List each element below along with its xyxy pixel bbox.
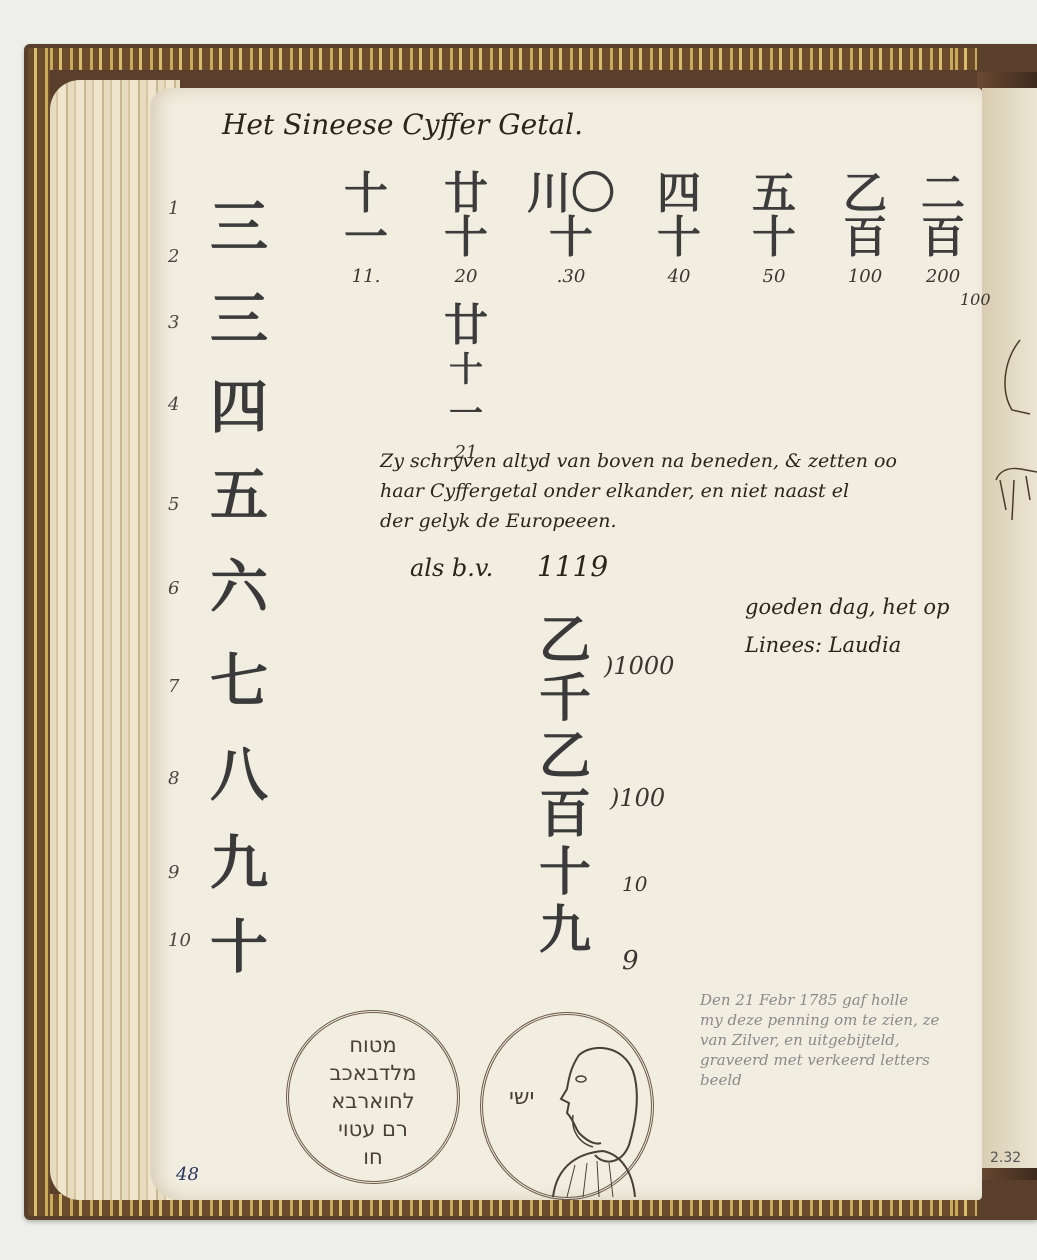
coin-portrait-drawing: ישי [480,1012,654,1200]
vertical-example: 乙 千 乙 百 十 九 [520,612,610,960]
explanatory-note: Zy schryven altyd van boven na beneden, … [380,446,897,536]
margin-number: 9 [168,862,179,883]
numeral-200: 二 百 200 [908,172,978,287]
numeral-glyph: 三 [210,180,268,264]
margin-number: 7 [168,676,179,697]
margin-number: 5 [168,494,179,515]
page-title: Het Sineese Cyffer Getal. [222,108,583,141]
example-prefix: als b.v. [410,554,493,582]
example-number: 1119 [537,550,608,583]
label-10: 10 [622,872,647,896]
greeting: goeden dag, het op Linees: Laudia [745,588,950,664]
numeral-glyph: 十 [210,900,268,984]
numeral-glyph: 五 [210,448,268,532]
facing-page-edge [982,88,1037,1168]
numeral-50: 五 十 50 [744,172,804,287]
numeral-21: 廿 十一 21 [436,304,496,463]
example-line: als b.v. 1119 [410,550,608,583]
numeral-100: 乙 百 100 [830,172,900,287]
numeral-30: 川〇 十 .30 [526,172,616,287]
numeral-glyph: 六 [210,540,268,624]
numeral-glyph: 八 [210,728,268,812]
numeral-glyph: 四 [210,360,268,444]
coin-reverse-drawing: מטוח מלדבאכב לחוארבא רם עטוי חו [286,1010,460,1184]
folio-number: 48 [176,1164,199,1185]
numeral-glyph: 九 [210,816,268,900]
shelfmark: 2.32 [990,1150,1021,1166]
label-100: )100 [610,784,665,812]
label-9: 9 [622,946,639,976]
numeral-11: 十 一 11. [336,172,396,287]
hebrew-inscription: מטוח מלדבאכב לחוארבא רם עטוי חו [289,1031,457,1171]
label-1000: )1000 [604,652,674,680]
margin-number: 4 [168,394,179,415]
numeral-glyph: 七 [210,634,268,718]
margin-number: 8 [168,768,179,789]
margin-number: 1 [168,198,179,219]
coin-inscription: ישי [509,1085,534,1110]
partial-label: 100 [960,290,991,309]
numeral-glyph: 三 [210,272,268,356]
margin-number: 6 [168,578,179,599]
margin-number: 10 [168,930,191,951]
margin-number: 3 [168,312,179,333]
margin-number: 2 [168,246,179,267]
numeral-40: 四 十 40 [644,172,714,287]
pencil-note: Den 21 Febr 1785 gaf holle my deze penni… [700,990,939,1090]
horse-sketch-icon [990,330,1037,550]
numeral-20: 廿 十 20 [436,172,496,287]
